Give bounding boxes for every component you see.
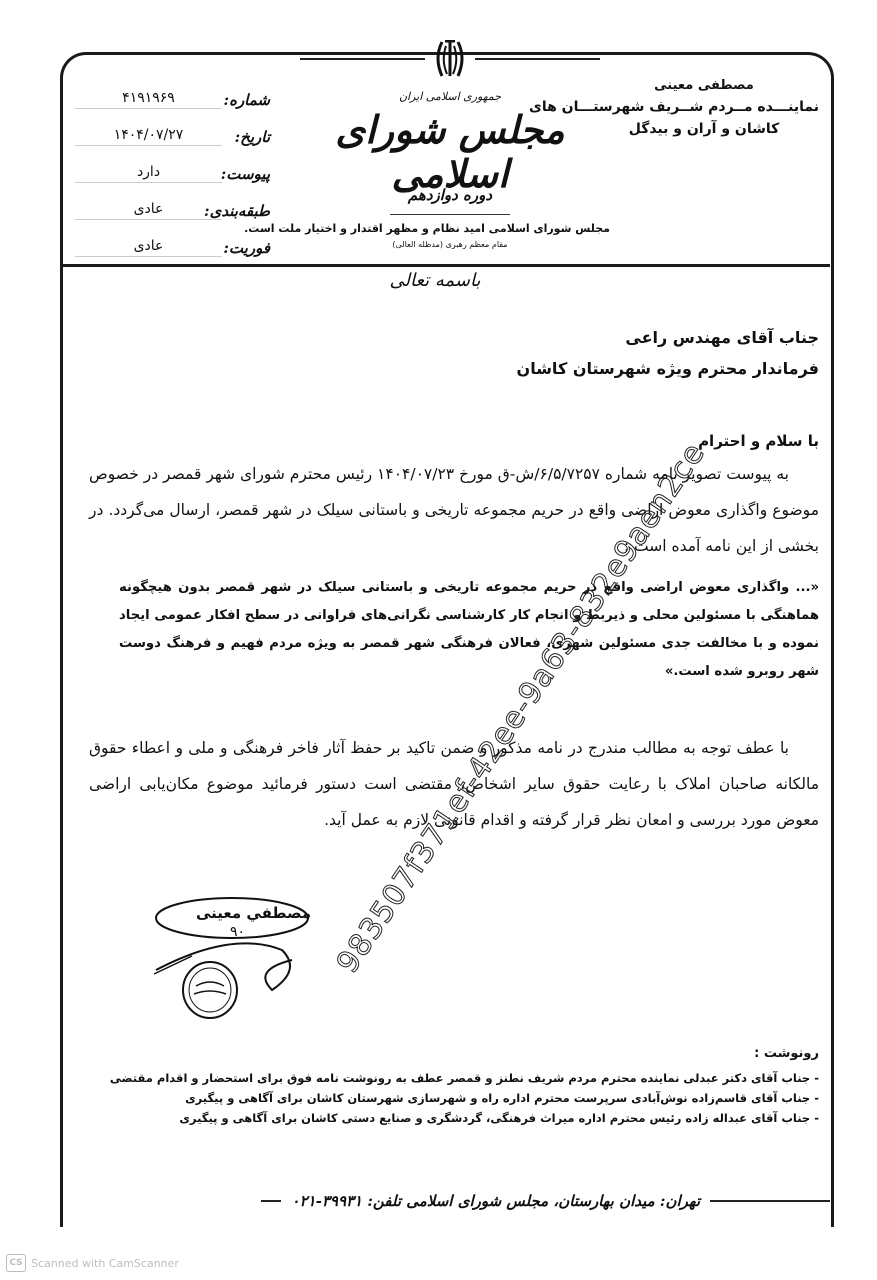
meta-number: شماره: ۴۱۹۱۹۶۹ <box>75 72 270 109</box>
meta-classification: طبقه‌بندی: عادی <box>75 183 270 220</box>
body-paragraph-1-text: به پیوست تصویر نامه شماره ۶/۵/۷۲۵۷/ش-ق م… <box>89 465 819 555</box>
emblem-ornament <box>390 214 510 215</box>
meta-classification-label: طبقه‌بندی: <box>222 202 270 220</box>
meta-attachment-value: دارد <box>75 164 222 183</box>
recipient-name: جناب آقای مهندس راعی <box>517 328 819 347</box>
recipient: جناب آقای مهندس راعی فرماندار محترم ویژه… <box>517 328 819 390</box>
meta-date-value: ۱۴۰۴/۰۷/۲۷ <box>75 127 222 146</box>
recipient-title: فرماندار محترم ویژه شهرستان کاشان <box>517 359 819 378</box>
letter-metadata: شماره: ۴۱۹۱۹۶۹ تاریخ: ۱۴۰۴/۰۷/۲۷ پیوست: … <box>75 72 270 257</box>
representative-name: مصطفی معینی <box>589 78 819 93</box>
meta-date: تاریخ: ۱۴۰۴/۰۷/۲۷ <box>75 109 270 146</box>
meta-date-label: تاریخ: <box>222 128 270 146</box>
meta-urgency-value: عادی <box>75 238 222 257</box>
quoted-excerpt: «... واگذاری معوض اراضی واقع در حریم مجم… <box>119 574 819 686</box>
cc-item: - جناب آقای دکتر عبدلی نماینده محترم مرد… <box>99 1068 819 1088</box>
emblem-title: مجلس شورای اسلامی <box>300 108 600 196</box>
body-paragraph-1: به پیوست تصویر نامه شماره ۶/۵/۷۲۵۷/ش-ق م… <box>89 456 819 564</box>
signature-block: مصطفي معینی ۹۰ <box>152 890 332 1020</box>
representative-title: نماینـــده مــردم شــریف شهرستـــان های <box>589 99 819 115</box>
emblem-quote-source: مقام معظم رهبری (مدظله العالی) <box>300 240 600 249</box>
cc-title: رونوشت : <box>99 1044 819 1064</box>
meta-urgency: فوریت: عادی <box>75 220 270 257</box>
camscanner-text: Scanned with CamScanner <box>31 1257 179 1270</box>
footer-address: تهران: میدان بهارستان، مجلس شورای اسلامی… <box>281 1192 710 1210</box>
bismillah: باسمه تعالی <box>385 270 485 291</box>
cc-item: - جناب آقای قاسم‌زاده نوش‌آبادی سرپرست م… <box>99 1088 819 1108</box>
footer-rule-right <box>710 1200 830 1202</box>
emblem-term: دوره دوازدهم <box>300 186 600 204</box>
camscanner-logo-icon: CS <box>6 1254 26 1272</box>
footer-rule-left <box>261 1200 281 1202</box>
emblem-rule-left <box>300 58 425 60</box>
camscanner-badge: CS Scanned with CamScanner <box>6 1254 179 1272</box>
parliament-emblem: جمهوری اسلامی ایران مجلس شورای اسلامی دو… <box>300 36 600 266</box>
meta-attachment: پیوست: دارد <box>75 146 270 183</box>
meta-number-value: ۴۱۹۱۹۶۹ <box>75 90 222 109</box>
signer-name: مصطفي معینی <box>196 904 311 922</box>
cc-item: - جناب آقای عبداله زاده رئیس محترم اداره… <box>99 1108 819 1128</box>
meta-classification-value: عادی <box>75 201 222 220</box>
representative-info: مصطفی معینی نماینـــده مــردم شــریف شهر… <box>589 78 819 137</box>
meta-attachment-label: پیوست: <box>222 165 270 183</box>
meta-number-label: شماره: <box>222 91 270 109</box>
footer: تهران: میدان بهارستان، مجلس شورای اسلامی… <box>60 1186 830 1216</box>
iran-emblem-icon <box>432 38 468 80</box>
signature-code: ۹۰ <box>230 924 245 940</box>
emblem-rule-right <box>475 58 600 60</box>
greeting: با سلام و احترام <box>698 432 819 450</box>
official-stamp-icon <box>180 960 240 1020</box>
representative-constituency: کاشان و آران و بیدگل <box>589 121 819 137</box>
header-divider <box>62 264 830 267</box>
emblem-quote: مجلس شورای اسلامی امید نظام و مظهر اقتدا… <box>290 222 610 235</box>
carbon-copy-list: رونوشت : - جناب آقای دکتر عبدلی نماینده … <box>99 1044 819 1128</box>
meta-urgency-label: فوریت: <box>222 239 270 257</box>
